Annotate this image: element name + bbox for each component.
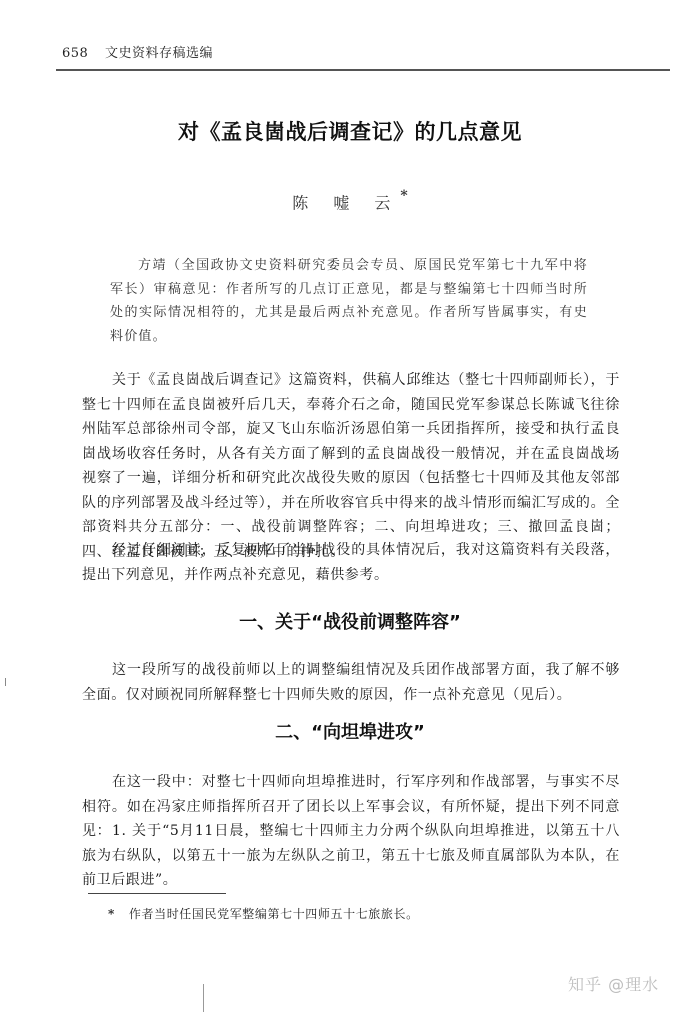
section-paragraph: 这一段所写的战役前师以上的调整编组情况及兵团作战部署方面，我了解不够全面。仅对顾…	[82, 658, 620, 707]
footnote-mark: *	[108, 907, 115, 921]
footnote-rule	[88, 893, 226, 894]
page-number: 658	[62, 46, 88, 61]
watermark: 知乎 @理水	[568, 972, 659, 995]
author-line: 陈 嘘 云*	[0, 190, 700, 213]
book-title: 文史资料存稿选编	[105, 46, 213, 61]
intro-paragraph: 经过仔细阅读，反复回忆了当时战役的具体情况后，我对这篇资料有关段落，提出下列意见…	[82, 538, 620, 587]
article-title: 对《孟良崮战后调查记》的几点意见	[0, 116, 700, 146]
header-rule	[56, 69, 670, 71]
author-footnote-mark: *	[400, 188, 407, 204]
section-heading: 一、关于“战役前调整阵容”	[0, 608, 700, 634]
intro-paragraph: 关于《孟良崮战后调查记》这篇资料，供稿人邱维达（整七十四师副师长），于整七十四师…	[82, 368, 620, 564]
section-paragraph: 1. 关于“5月11日晨，整编七十四师主力分两个纵队向坦埠推进，以第五十八旅为右…	[82, 819, 620, 893]
author-name: 陈 嘘 云	[292, 193, 400, 212]
footnote: *作者当时任国民党军整编第七十四师五十七旅旅长。	[108, 905, 419, 922]
scan-binding-line	[203, 984, 204, 1012]
footnote-text: 作者当时任国民党军整编第七十四师五十七旅旅长。	[129, 907, 419, 921]
scan-edge-mark	[5, 678, 6, 686]
review-note: 方靖（全国政协文史资料研究委员会专员、原国民党军第七十九军中将军长）审稿意见：作…	[110, 254, 588, 348]
running-head: 658 文史资料存稿选编	[62, 42, 213, 61]
section-heading: 二、“向坦埠进攻”	[0, 718, 700, 744]
